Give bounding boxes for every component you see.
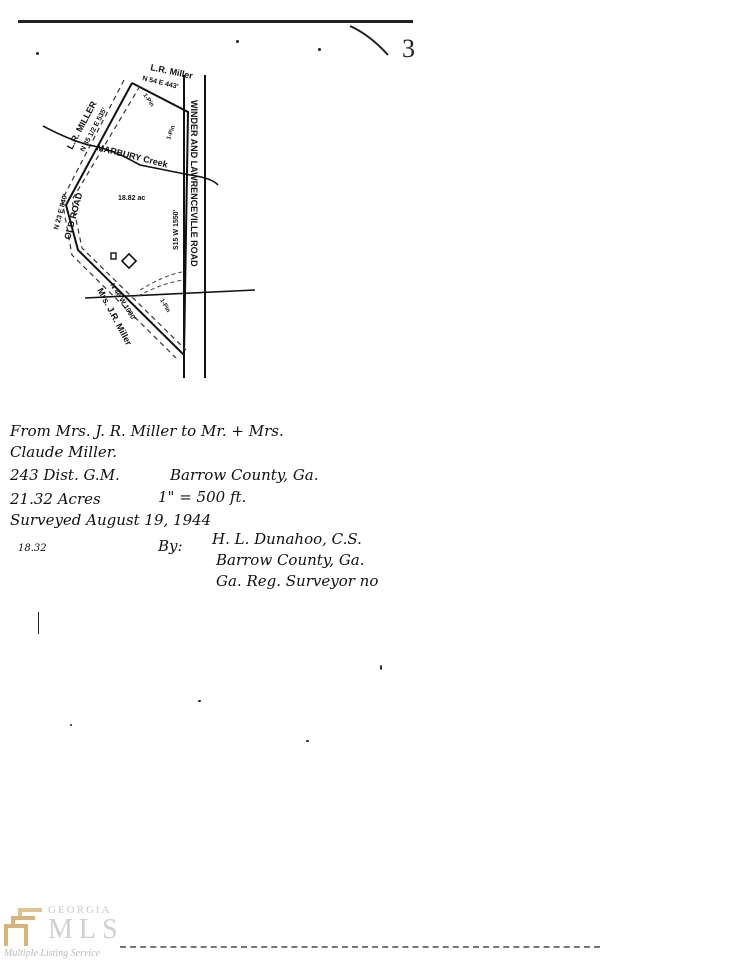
scan-speck xyxy=(236,40,239,43)
note-surveyor-county: Barrow County, Ga. xyxy=(216,551,365,569)
note-county: Barrow County, Ga. xyxy=(170,466,319,484)
note-margin: 18.32 xyxy=(18,543,47,554)
label-east-road: WINDER AND LAWRENCEVILLE ROAD xyxy=(189,100,199,267)
note-district: 243 Dist. G.M. xyxy=(10,466,120,484)
note-grantee: Claude Miller. xyxy=(10,443,117,461)
scan-speck xyxy=(70,724,72,726)
svg-text:1-Pin: 1-Pin xyxy=(166,125,177,141)
note-surveyor-name: H. L. Dunahoo, C.S. xyxy=(212,530,362,548)
note-surveyor-reg: Ga. Reg. Surveyor no xyxy=(216,572,378,590)
georgia-mls-logo-icon xyxy=(4,908,44,946)
svg-text:1-Pin: 1-Pin xyxy=(141,93,155,109)
scan-speck xyxy=(380,665,382,670)
svg-text:1-Pin: 1-Pin xyxy=(158,298,171,314)
building-icon xyxy=(111,253,116,259)
scan-speck xyxy=(38,612,39,634)
georgia-mls-watermark: GEORGIA MLS Multiple Listing Service xyxy=(4,902,124,960)
label-creek: MARBURY Creek xyxy=(96,142,170,170)
watermark-tagline: Multiple Listing Service xyxy=(4,948,100,959)
scan-speck xyxy=(318,48,321,51)
watermark-mls: MLS xyxy=(48,914,124,946)
note-scale: 1" = 500 ft. xyxy=(158,488,246,506)
scan-bottom-dashes xyxy=(120,946,600,948)
note-transfer: From Mrs. J. R. Miller to Mr. + Mrs. xyxy=(10,422,284,440)
note-acres: 21.32 Acres xyxy=(10,490,101,508)
scan-speck xyxy=(36,52,39,55)
building-icon xyxy=(122,254,136,268)
scan-speck xyxy=(306,740,309,742)
svg-text:S15 W 1550': S15 W 1550' xyxy=(173,209,180,250)
label-acreage: 18.82 ac xyxy=(118,195,145,202)
scan-speck xyxy=(198,700,201,702)
note-survey-date: Surveyed August 19, 1944 xyxy=(10,511,211,529)
svg-text:N 54 E 443': N 54 E 443' xyxy=(142,75,180,91)
note-by-label: By: xyxy=(158,537,183,555)
